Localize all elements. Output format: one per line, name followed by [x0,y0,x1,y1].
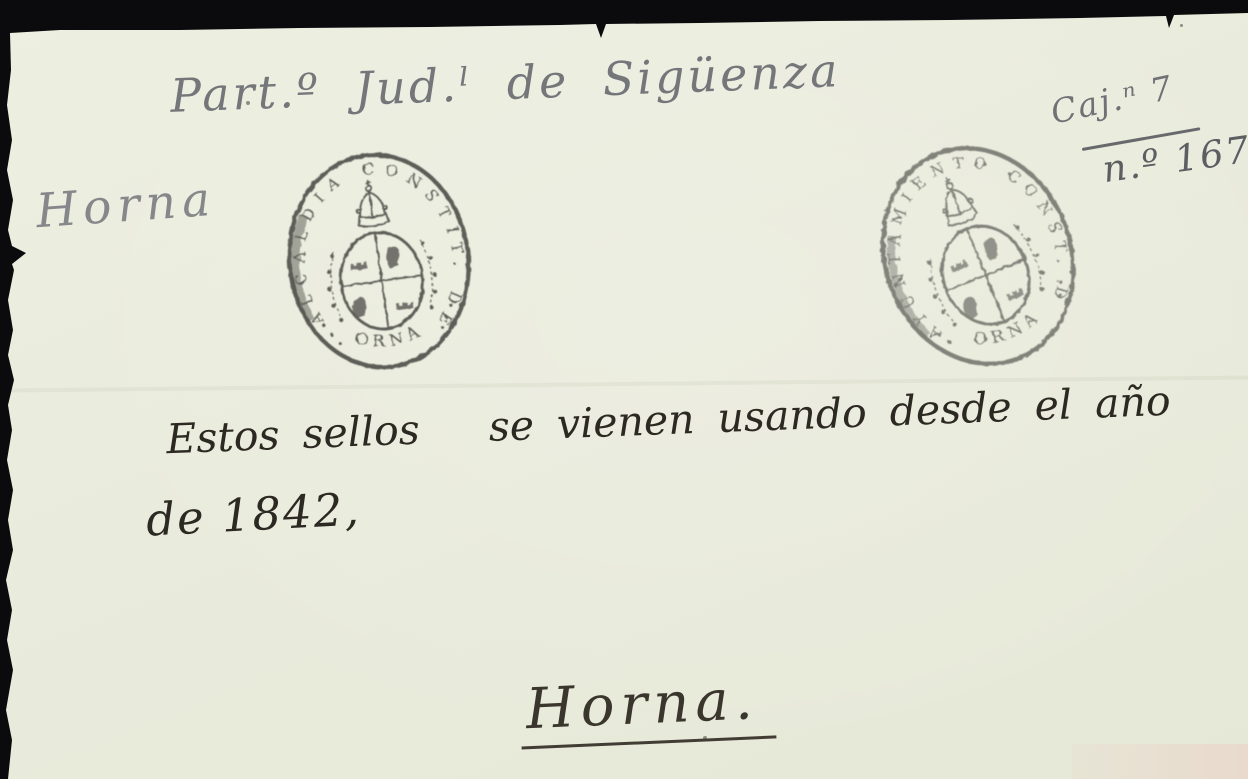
stamp-seal-icon: AYUNTAMIENTO CONST. D ORNA [843,113,1114,399]
ink-note-line1: Estos sellos se vienen usando desde el a… [165,377,1171,464]
paper-speck [1180,24,1183,27]
archive-box-ref: Caj.ⁿ 7 [1047,67,1177,131]
crown-icon [932,172,979,228]
stamp-seal-icon: ALCALDIA CONSTIT. DE ORNA [269,138,488,384]
castle-charge [950,260,968,273]
castle-charge [1006,288,1024,301]
castle-charge [351,262,368,271]
castle-charge [397,301,414,310]
document-title: Horna. [519,666,776,749]
lion-charge [960,295,981,320]
lion-charge [385,246,402,269]
scanner-background: Part.º Jud.ˡ de Sigüenza Caj.ⁿ 7 n.º 167… [0,0,1248,779]
archival-scan: { "colors": { "background": "#0b0b0d", "… [0,0,1248,779]
lion-charge [980,236,1001,261]
municipal-stamp-alcaldia: ALCALDIA CONSTIT. DE ORNA [269,138,488,384]
place-name-pencil: Horna [34,172,217,239]
stamp-bottom-text: ORNA [351,319,428,355]
paper-sheet: Part.º Jud.ˡ de Sigüenza Caj.ⁿ 7 n.º 167… [0,0,1248,779]
adjacent-sheet-corner [1072,744,1248,779]
svg-text:ORNA: ORNA [351,319,428,355]
archive-number-ref: n.º 167 [1100,128,1248,191]
ink-note-line2: de 1842, [145,482,362,546]
shield-icon [335,227,429,334]
district-heading: Part.º Jud.ˡ de Sigüenza [169,43,841,123]
crown-icon [353,178,390,228]
municipal-stamp-ayuntamiento: AYUNTAMIENTO CONST. D ORNA [843,113,1114,399]
